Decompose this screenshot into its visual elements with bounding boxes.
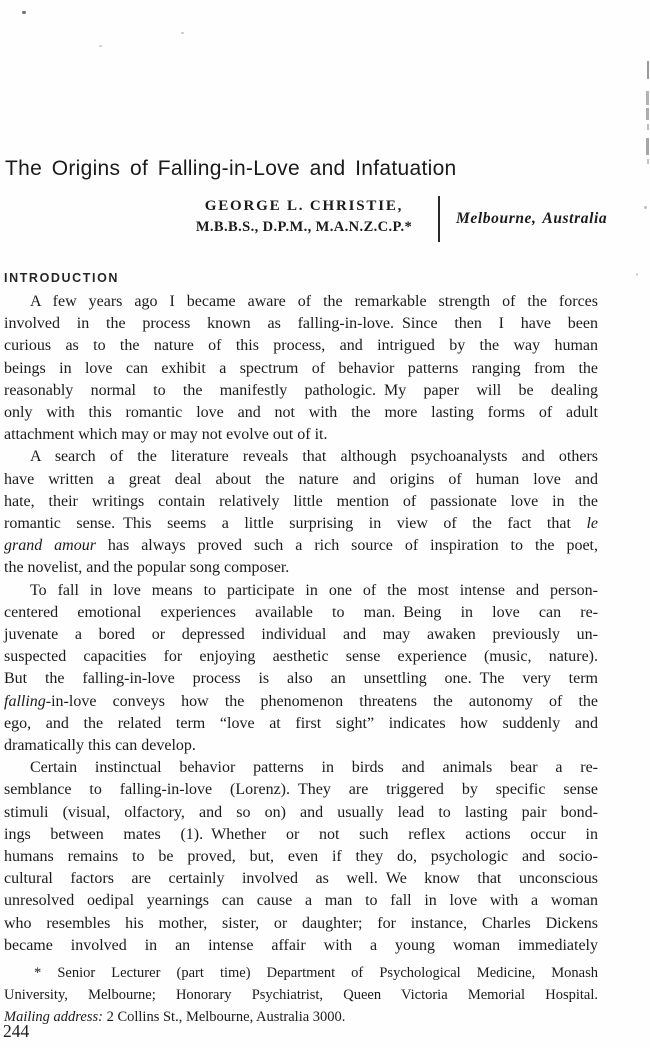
text-line: A search of the literature reveals that … — [4, 446, 598, 468]
scan-edge-artifact — [647, 159, 649, 164]
text-line: * Senior Lecturer (part time) Department… — [4, 962, 598, 984]
scan-edge-artifact — [647, 61, 649, 79]
text-line: the novelist, and the popular song compo… — [4, 557, 598, 579]
scan-edge-artifact — [647, 124, 649, 130]
text-line: To fall in love means to participate in … — [4, 580, 598, 602]
text-line: involved in the process known as falling… — [4, 313, 598, 335]
italic-text-segment: falling — [4, 693, 46, 710]
section-heading-introduction: INTRODUCTION — [4, 271, 119, 285]
text-segment: stimuli (visual, olfactory, and so on) a… — [4, 804, 598, 821]
text-segment: attachment which may or may not evolve o… — [4, 426, 327, 443]
text-segment: University, Melbourne; Honorary Psychiat… — [4, 987, 598, 1003]
text-line: University, Melbourne; Honorary Psychiat… — [4, 984, 598, 1006]
scan-speck — [644, 206, 647, 209]
italic-text-segment: le — [586, 515, 598, 532]
author-affiliation-divider — [438, 196, 440, 242]
text-segment: -in-love conveys how the phenomenon thre… — [46, 693, 598, 710]
paragraph: To fall in love means to participate in … — [4, 580, 598, 758]
scan-edge-artifact — [646, 108, 649, 120]
text-segment: centered emotional experiences available… — [4, 604, 598, 621]
author-column: GEORGE L. CHRISTIE, M.B.B.S., D.P.M., M.… — [178, 196, 430, 242]
scan-speck — [181, 32, 184, 34]
text-line: attachment which may or may not evolve o… — [4, 424, 598, 446]
text-segment: the novelist, and the popular song compo… — [4, 559, 289, 576]
author-name: GEORGE L. CHRISTIE, — [178, 196, 430, 217]
text-segment: cultural factors are certainly involved … — [4, 870, 598, 887]
text-segment: has always proved such a rich source of … — [96, 537, 598, 554]
text-line: unresolved oedipal yearnings can cause a… — [4, 890, 598, 912]
text-line: But the falling-in-love process is also … — [4, 668, 598, 690]
article-body: A few years ago I became aware of the re… — [4, 291, 598, 957]
text-line: humans remains to be proved, but, even i… — [4, 846, 598, 868]
author-affiliation: Melbourne, Australia — [456, 210, 607, 228]
text-segment: who resembles his mother, sister, or dau… — [4, 915, 598, 932]
text-line: have written a great deal about the natu… — [4, 469, 598, 491]
text-line: grand amour has always proved such a ric… — [4, 535, 598, 557]
text-segment: romantic sense. This seems a little surp… — [4, 515, 586, 532]
author-credentials: M.B.B.S., D.P.M., M.A.N.Z.C.P.* — [178, 217, 430, 238]
text-line: hate, their writings contain relatively … — [4, 491, 598, 513]
text-segment: beings in love can exhibit a spectrum of… — [4, 360, 598, 377]
text-segment: became involved in an intense affair wit… — [4, 937, 598, 954]
text-segment: To fall in love means to participate in … — [30, 582, 598, 599]
paragraph: A search of the literature reveals that … — [4, 446, 598, 579]
page-number: 244 — [3, 1021, 29, 1042]
text-segment: dramatically this can develop. — [4, 737, 196, 754]
paragraph: A few years ago I became aware of the re… — [4, 291, 598, 446]
text-line: falling-in-love conveys how the phenomen… — [4, 691, 598, 713]
text-line: romantic sense. This seems a little surp… — [4, 513, 598, 535]
scan-edge-artifact — [646, 91, 649, 105]
scan-speck — [636, 273, 638, 276]
text-segment: humans remains to be proved, but, even i… — [4, 848, 598, 865]
text-line: A few years ago I became aware of the re… — [4, 291, 598, 313]
text-segment: A search of the literature reveals that … — [30, 448, 598, 465]
text-segment: But the falling-in-love process is also … — [4, 670, 598, 687]
text-line: Mailing address: 2 Collins St., Melbourn… — [4, 1006, 598, 1028]
text-segment: * Senior Lecturer (part time) Department… — [34, 965, 598, 981]
text-line: juvenate a bored or depressed individual… — [4, 624, 598, 646]
text-line: centered emotional experiences available… — [4, 602, 598, 624]
text-line: suspected capacities for enjoying aesthe… — [4, 646, 598, 668]
text-line: curious as to the nature of this process… — [4, 335, 598, 357]
paragraph: Certain instinctual behavior patterns in… — [4, 757, 598, 957]
text-line: dramatically this can develop. — [4, 735, 598, 757]
text-segment: 2 Collins St., Melbourne, Australia 3000… — [103, 1009, 345, 1025]
author-block: GEORGE L. CHRISTIE, M.B.B.S., D.P.M., M.… — [178, 196, 607, 242]
text-line: beings in love can exhibit a spectrum of… — [4, 358, 598, 380]
text-line: ings between mates (1). Whether or not s… — [4, 824, 598, 846]
text-line: semblance to falling-in-love (Lorenz). T… — [4, 779, 598, 801]
text-line: cultural factors are certainly involved … — [4, 868, 598, 890]
text-segment: ego, and the related term “love at first… — [4, 715, 598, 732]
text-segment: Certain instinctual behavior patterns in… — [30, 759, 598, 776]
article-title: The Origins of Falling-in-Love and Infat… — [5, 157, 457, 181]
text-line: only with this romantic love and not wit… — [4, 402, 598, 424]
text-segment: involved in the process known as falling… — [4, 315, 598, 332]
text-segment: semblance to falling-in-love (Lorenz). T… — [4, 781, 598, 798]
scan-edge-artifact — [646, 138, 649, 155]
text-segment: have written a great deal about the natu… — [4, 471, 598, 488]
footnote: * Senior Lecturer (part time) Department… — [4, 962, 598, 1028]
text-segment: only with this romantic love and not wit… — [4, 404, 598, 421]
text-line: who resembles his mother, sister, or dau… — [4, 913, 598, 935]
scanned-paper-page: The Origins of Falling-in-Love and Infat… — [0, 0, 650, 1048]
text-line: stimuli (visual, olfactory, and so on) a… — [4, 802, 598, 824]
scan-speck — [22, 11, 26, 14]
text-segment: hate, their writings contain relatively … — [4, 493, 598, 510]
scan-speck — [99, 45, 102, 47]
text-segment: unresolved oedipal yearnings can cause a… — [4, 892, 598, 909]
text-line: ego, and the related term “love at first… — [4, 713, 598, 735]
text-segment: A few years ago I became aware of the re… — [30, 293, 598, 310]
text-line: became involved in an intense affair wit… — [4, 935, 598, 957]
text-segment: reasonably normal to the manifestly path… — [4, 382, 598, 399]
text-line: reasonably normal to the manifestly path… — [4, 380, 598, 402]
text-segment: ings between mates (1). Whether or not s… — [4, 826, 598, 843]
text-line: Certain instinctual behavior patterns in… — [4, 757, 598, 779]
text-segment: curious as to the nature of this process… — [4, 337, 598, 354]
text-segment: juvenate a bored or depressed individual… — [4, 626, 598, 643]
text-segment: suspected capacities for enjoying aesthe… — [4, 648, 598, 665]
italic-text-segment: grand amour — [4, 537, 96, 554]
